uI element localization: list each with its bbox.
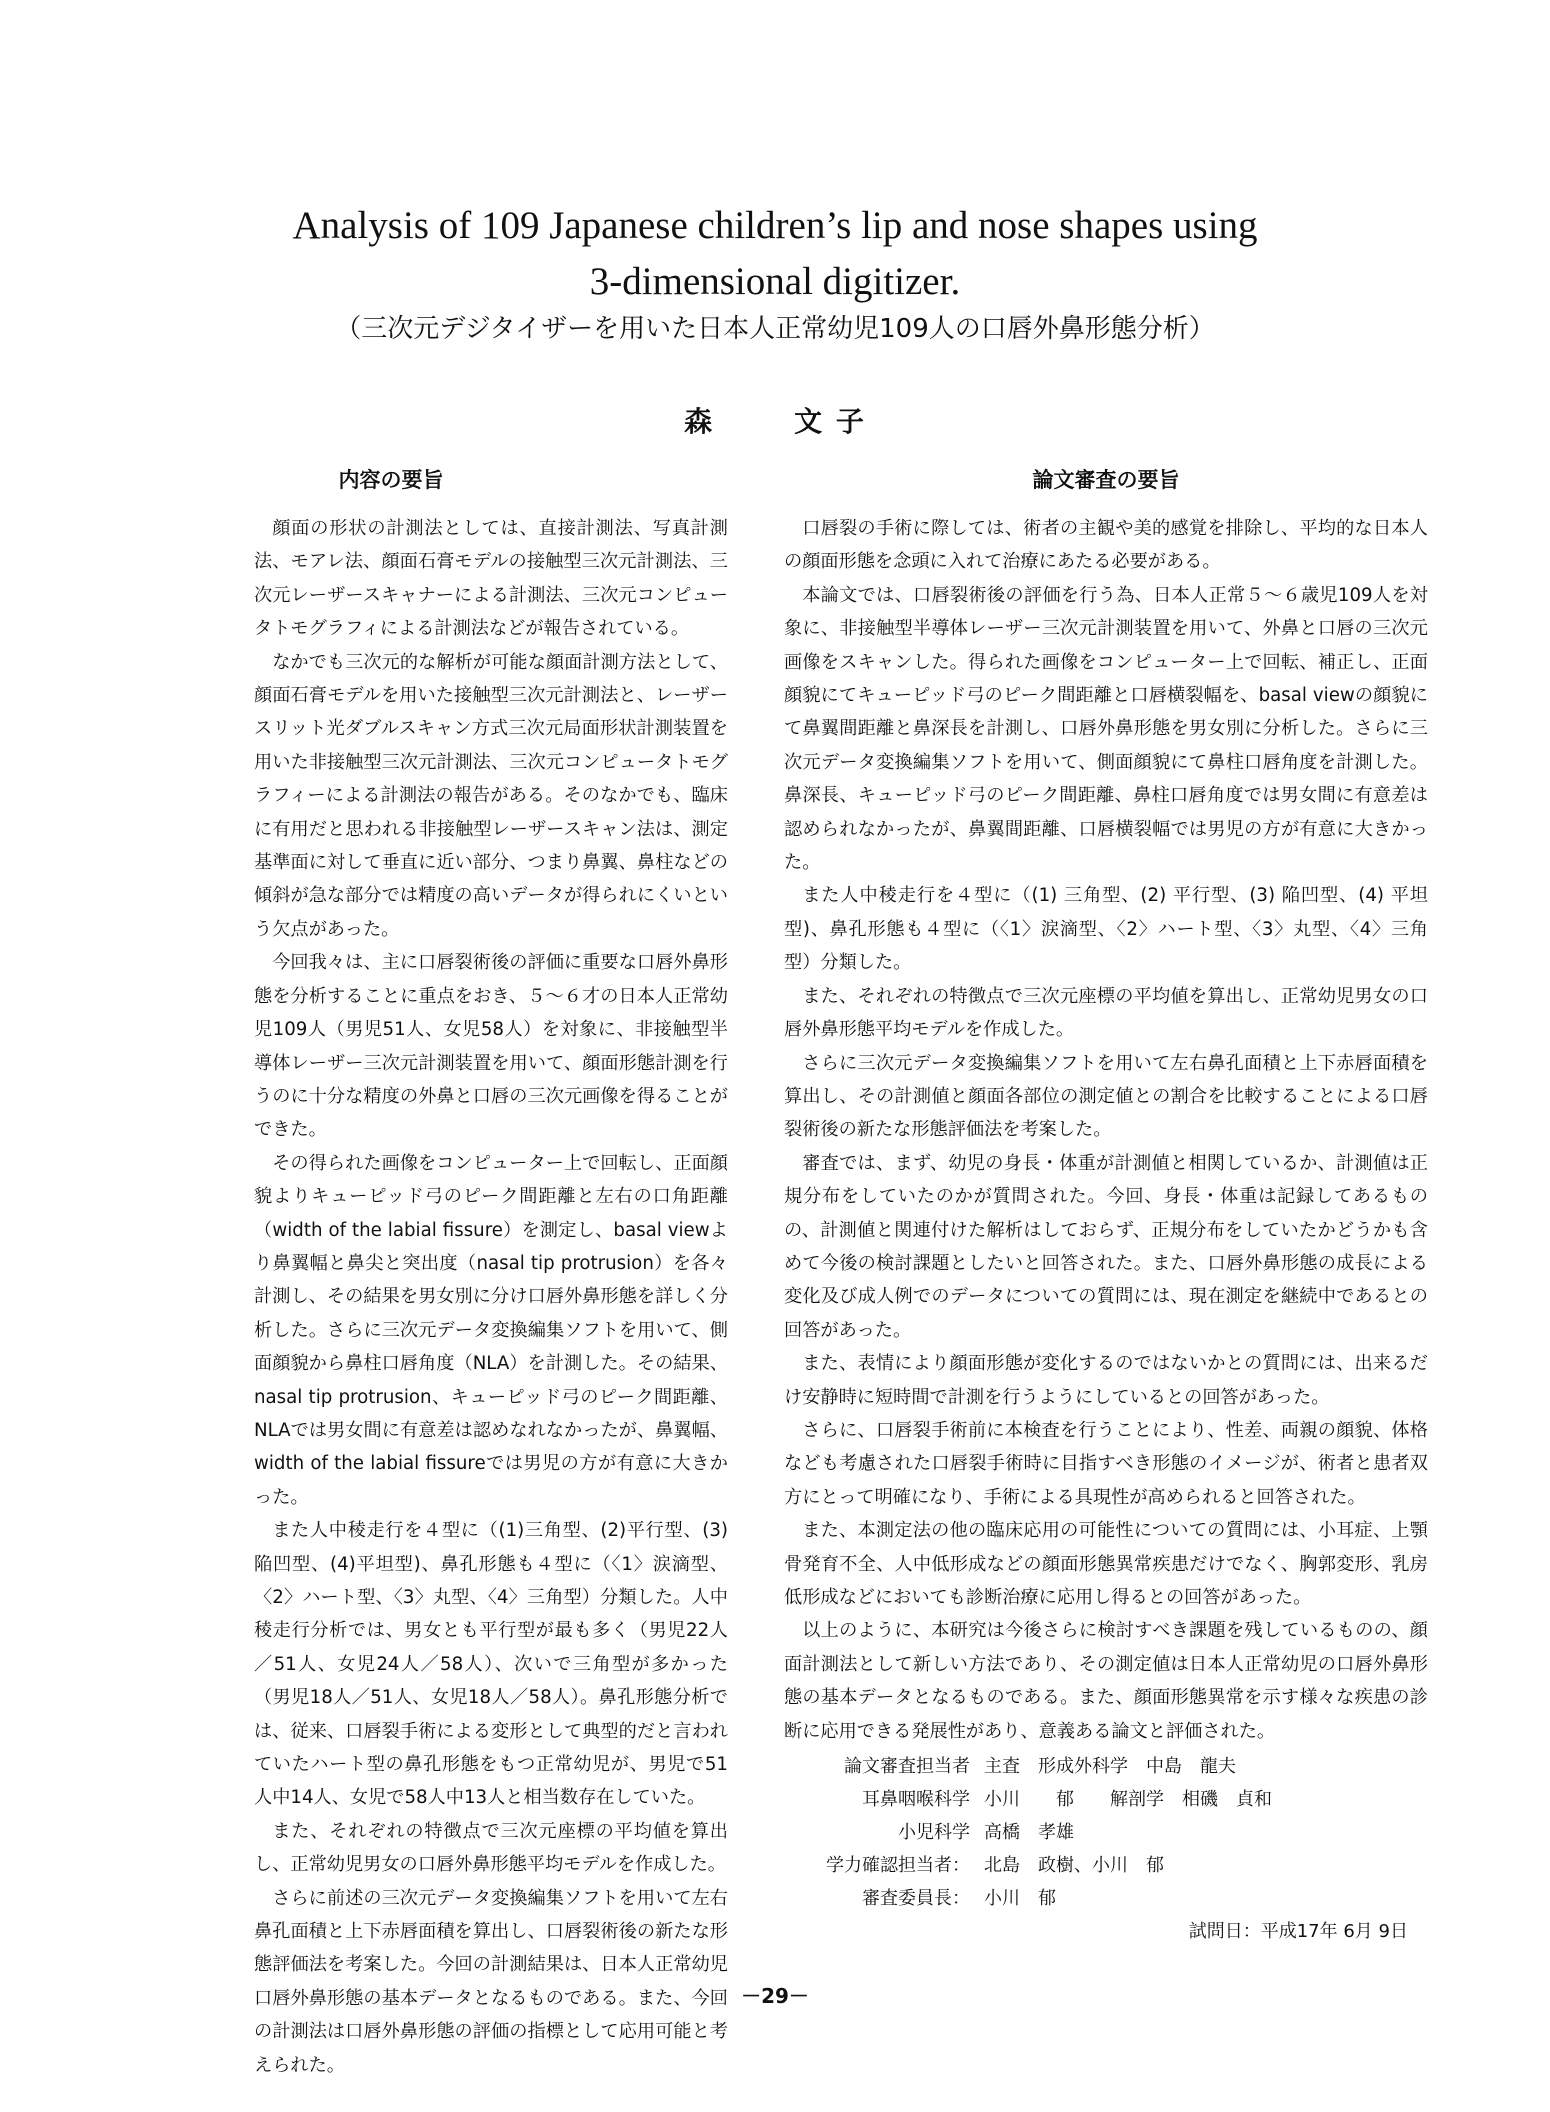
title-japanese: （三次元デジタイザーを用いた日本人正常幼児109人の口唇外鼻形態分析） <box>0 312 1550 346</box>
summary-column: 内容の要旨 顔面の形状の計測法としては、直接計測法、写真計測法、モアレ法、顔面石… <box>254 460 728 2082</box>
author-family-name: 森 <box>684 400 714 440</box>
reviewer-list: 論文審査担当者主査 形成外科学 中島 龍夫 耳鼻咽喉科学小川 郁 解剖学 相磯 … <box>784 1750 1428 1915</box>
reviewer-row: 審査委員長：小川 郁 <box>784 1882 1428 1915</box>
paragraph: また、本測定法の他の臨床応用の可能性についての質問には、小耳症、上顎骨発育不全、… <box>784 1514 1428 1614</box>
paragraph: また、それぞれの特徴点で三次元座標の平均値を算出し、正常幼児男女の口唇外鼻形態平… <box>784 980 1428 1047</box>
reviewer-value: 小川 郁 解剖学 相磯 貞和 <box>970 1783 1272 1816</box>
author: 森文 子 <box>0 400 1550 440</box>
reviewer-value: 主査 形成外科学 中島 龍夫 <box>970 1750 1236 1783</box>
paragraph: また人中稜走行を４型に（(1) 三角型、(2) 平行型、(3) 陥凹型、(4) … <box>784 879 1428 979</box>
reviewer-row: 小児科学高橋 孝雄 <box>784 1816 1428 1849</box>
exam-date: 試問日：平成17年 6月 9日 <box>784 1915 1428 1948</box>
paragraph: 本論文では、口唇裂術後の評価を行う為、日本人正常５～６歳児109人を対象に、非接… <box>784 579 1428 880</box>
title-english-line1: Analysis of 109 Japanese children’s lip … <box>0 198 1550 254</box>
paragraph: また、それぞれの特徴点で三次元座標の平均値を算出し、正常幼児男女の口唇外鼻形態平… <box>254 1815 728 1882</box>
reviewer-label: 耳鼻咽喉科学 <box>784 1783 970 1816</box>
reviewer-row: 学力確認担当者：北島 政樹、小川 郁 <box>784 1849 1428 1882</box>
paragraph: また人中稜走行を４型に（(1)三角型、(2)平行型、(3)陥凹型、(4)平坦型)… <box>254 1514 728 1815</box>
reviewer-value: 小川 郁 <box>970 1882 1056 1915</box>
reviewer-value: 高橋 孝雄 <box>970 1816 1074 1849</box>
paragraph: また、表情により顔面形態が変化するのではないかとの質問には、出来るだけ安静時に短… <box>784 1347 1428 1414</box>
reviewer-row: 論文審査担当者主査 形成外科学 中島 龍夫 <box>784 1750 1428 1783</box>
review-column: 論文審査の要旨 口唇裂の手術に際しては、術者の主観や美的感覚を排除し、平均的な日… <box>784 460 1428 1948</box>
paragraph: 審査では、まず、幼児の身長・体重が計測値と相関しているか、計測値は正規分布をして… <box>784 1147 1428 1347</box>
section-heading-summary: 内容の要旨 <box>54 460 728 500</box>
paragraph: さらに、口唇裂手術前に本検査を行うことにより、性差、両親の顔貌、体格なども考慮さ… <box>784 1414 1428 1514</box>
paragraph: なかでも三次元的な解析が可能な顔面計測方法として、顔面石膏モデルを用いた接触型三… <box>254 646 728 947</box>
section-heading-review: 論文審査の要旨 <box>784 460 1428 500</box>
title-english-line2: 3-dimensional digitizer. <box>0 254 1550 310</box>
reviewer-label: 論文審査担当者 <box>784 1750 970 1783</box>
paragraph: さらに三次元データ変換編集ソフトを用いて左右鼻孔面積と上下赤唇面積を算出し、その… <box>784 1047 1428 1147</box>
paragraph: 顔面の形状の計測法としては、直接計測法、写真計測法、モアレ法、顔面石膏モデルの接… <box>254 512 728 646</box>
reviewer-label: 審査委員長： <box>784 1882 970 1915</box>
paragraph: 口唇裂の手術に際しては、術者の主観や美的感覚を排除し、平均的な日本人の顔面形態を… <box>784 512 1428 579</box>
reviewer-label: 小児科学 <box>784 1816 970 1849</box>
reviewer-value: 北島 政樹、小川 郁 <box>970 1849 1164 1882</box>
reviewer-label: 学力確認担当者： <box>784 1849 970 1882</box>
reviewer-row: 耳鼻咽喉科学小川 郁 解剖学 相磯 貞和 <box>784 1783 1428 1816</box>
paragraph: その得られた画像をコンピューター上で回転し、正面顔貌よりキューピッド弓のピーク間… <box>254 1147 728 1514</box>
paragraph: 以上のように、本研究は今後さらに検討すべき課題を残しているものの、顔面計測法とし… <box>784 1614 1428 1748</box>
paragraph: 今回我々は、主に口唇裂術後の評価に重要な口唇外鼻形態を分析することに重点をおき、… <box>254 946 728 1146</box>
author-given-name: 文 子 <box>794 400 866 440</box>
page-number: －29－ <box>0 1980 1550 2009</box>
